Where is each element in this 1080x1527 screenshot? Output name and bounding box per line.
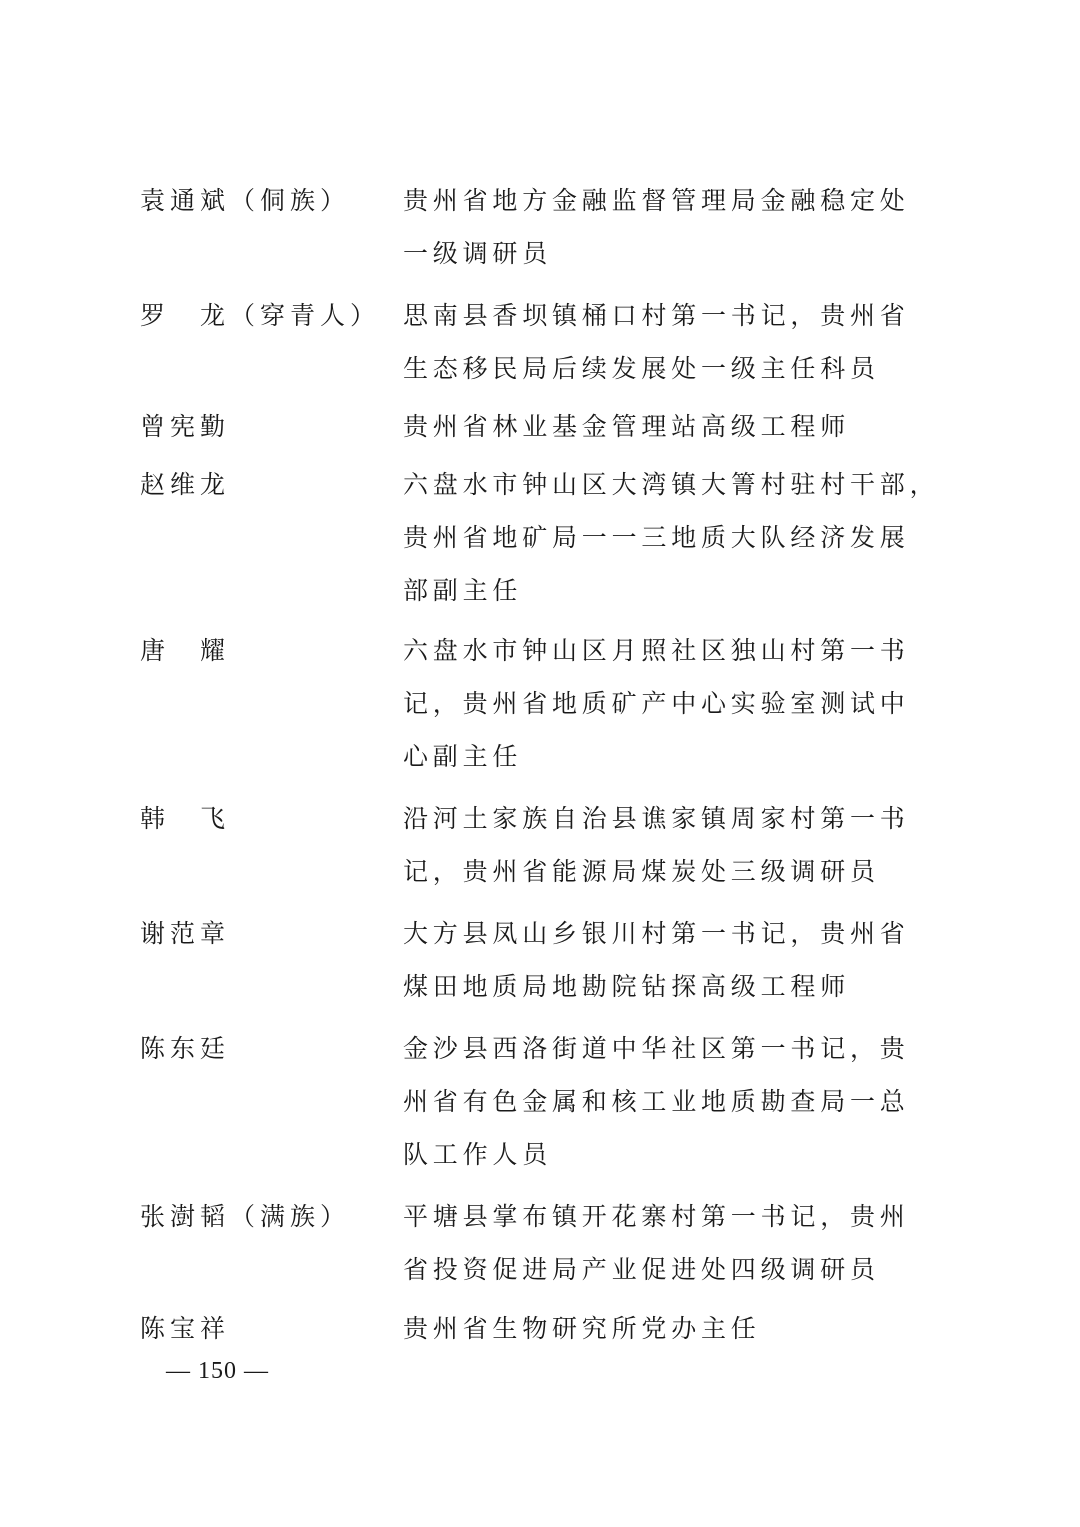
page-number: — 150 — [166, 1358, 269, 1385]
person-position: 贵州省林业基金管理站高级工程师 [403, 400, 943, 453]
position-line: 省投资促进局产业促进处四级调研员 [403, 1243, 943, 1296]
position-line: 生态移民局后续发展处一级主任科员 [403, 342, 943, 395]
person-position: 六盘水市钟山区月照社区独山村第一书 记，贵州省地质矿产中心实验室测试中 心副主任 [403, 624, 943, 783]
person-name: 赵维龙 [140, 458, 400, 511]
position-line: 六盘水市钟山区月照社区独山村第一书 [403, 624, 943, 677]
person-name: 张澍韬（满族） [140, 1190, 400, 1243]
person-position: 沿河土家族自治县谯家镇周家村第一书 记，贵州省能源局煤炭处三级调研员 [403, 792, 943, 898]
person-name: 罗 龙（穿青人） [140, 289, 400, 342]
person-name: 曾宪勤 [140, 400, 400, 453]
person-position: 平塘县掌布镇开花寨村第一书记，贵州 省投资促进局产业促进处四级调研员 [403, 1190, 943, 1296]
position-line: 金沙县西洛街道中华社区第一书记，贵 [403, 1022, 943, 1075]
person-position: 思南县香坝镇桶口村第一书记，贵州省 生态移民局后续发展处一级主任科员 [403, 289, 943, 395]
position-line: 部副主任 [403, 564, 943, 617]
position-line: 平塘县掌布镇开花寨村第一书记，贵州 [403, 1190, 943, 1243]
position-line: 沿河土家族自治县谯家镇周家村第一书 [403, 792, 943, 845]
position-line: 记，贵州省能源局煤炭处三级调研员 [403, 845, 943, 898]
person-name: 韩 飞 [140, 792, 400, 845]
person-position: 大方县凤山乡银川村第一书记，贵州省 煤田地质局地勘院钻探高级工程师 [403, 907, 943, 1013]
position-line: 大方县凤山乡银川村第一书记，贵州省 [403, 907, 943, 960]
person-name: 谢范章 [140, 907, 400, 960]
person-name: 陈东廷 [140, 1022, 400, 1075]
position-line: 煤田地质局地勘院钻探高级工程师 [403, 960, 943, 1013]
person-position: 金沙县西洛街道中华社区第一书记，贵 州省有色金属和核工业地质勘查局一总 队工作人… [403, 1022, 943, 1181]
position-line: 心副主任 [403, 730, 943, 783]
position-line: 一级调研员 [403, 227, 943, 280]
position-line: 贵州省林业基金管理站高级工程师 [403, 400, 943, 453]
position-line: 记，贵州省地质矿产中心实验室测试中 [403, 677, 943, 730]
person-position: 六盘水市钟山区大湾镇大箐村驻村干部， 贵州省地矿局一一三地质大队经济发展 部副主… [403, 458, 943, 617]
position-line: 思南县香坝镇桶口村第一书记，贵州省 [403, 289, 943, 342]
position-line: 贵州省地方金融监督管理局金融稳定处 [403, 174, 943, 227]
person-name: 袁通斌（侗族） [140, 174, 400, 227]
position-line: 六盘水市钟山区大湾镇大箐村驻村干部， [403, 458, 943, 511]
position-line: 队工作人员 [403, 1128, 943, 1181]
position-line: 州省有色金属和核工业地质勘查局一总 [403, 1075, 943, 1128]
person-position: 贵州省生物研究所党办主任 [403, 1302, 943, 1355]
position-line: 贵州省生物研究所党办主任 [403, 1302, 943, 1355]
position-line: 贵州省地矿局一一三地质大队经济发展 [403, 511, 943, 564]
person-name: 陈宝祥 [140, 1302, 400, 1355]
document-page: 袁通斌（侗族） 贵州省地方金融监督管理局金融稳定处 一级调研员 罗 龙（穿青人）… [0, 0, 1080, 1527]
person-name: 唐 耀 [140, 624, 400, 677]
person-position: 贵州省地方金融监督管理局金融稳定处 一级调研员 [403, 174, 943, 280]
